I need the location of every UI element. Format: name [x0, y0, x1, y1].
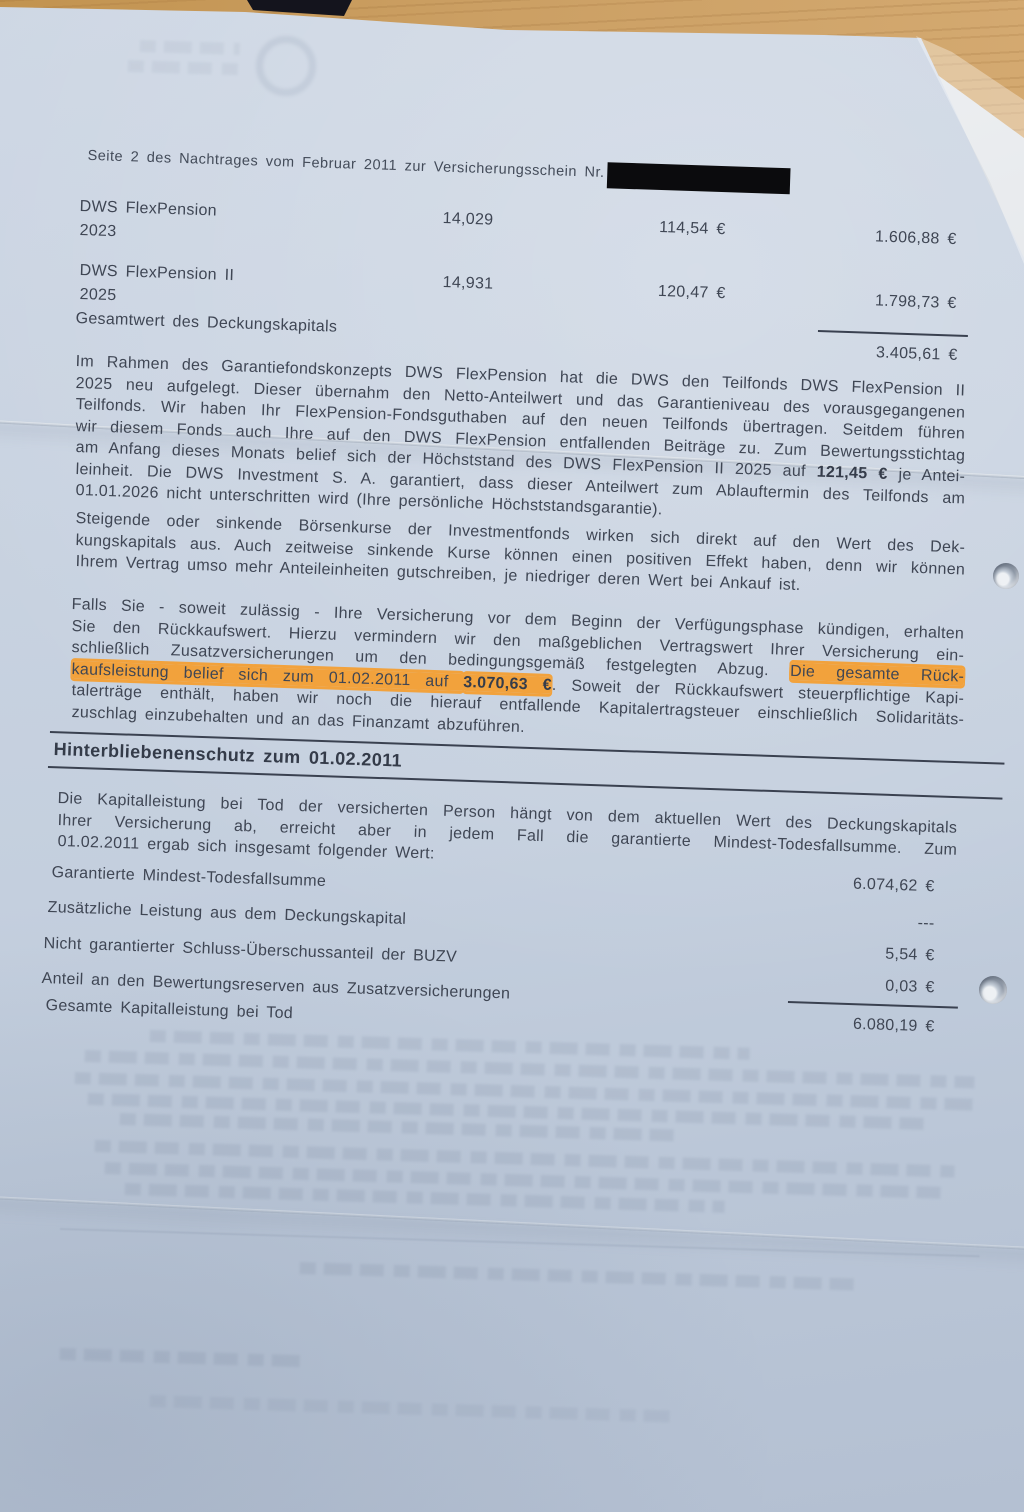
fund-value: 1.606,88 € [832, 225, 957, 250]
text-segment: 121,45 € [816, 464, 887, 483]
death-total-value: 6.080,19 € [799, 1012, 935, 1037]
fund-unit-price: 120,47 € [599, 279, 726, 304]
death-item-value: 0,03 € [804, 973, 935, 998]
fund-units: 14,931 [442, 272, 493, 295]
punch-hole [993, 563, 1019, 589]
text-segment: je Antei- [887, 466, 965, 486]
highlighted-text: Die gesamte Rück- [790, 663, 965, 686]
fund-year: 2025 [79, 284, 116, 306]
fund-name: DWS FlexPension [79, 196, 217, 222]
fund-units: 14,029 [442, 208, 493, 231]
photo-of-insurance-letter: { "colors":{"paper":"#c6d0de","text":"#3… [0, 0, 1024, 1512]
fund-year: 2023 [79, 220, 116, 242]
fund-unit-price: 114,54 € [599, 215, 726, 240]
death-item-value: 6.074,62 € [804, 872, 935, 897]
death-item-value: --- [804, 909, 935, 934]
punch-hole [979, 976, 1007, 1004]
bleedthrough-logo [256, 36, 316, 96]
death-item-value: 5,54 € [804, 941, 935, 966]
highlighted-text: 3.070,63 € [463, 673, 552, 693]
fund-value: 1.798,73 € [832, 289, 957, 314]
fund-total-value: 3.405,61 € [837, 341, 958, 366]
